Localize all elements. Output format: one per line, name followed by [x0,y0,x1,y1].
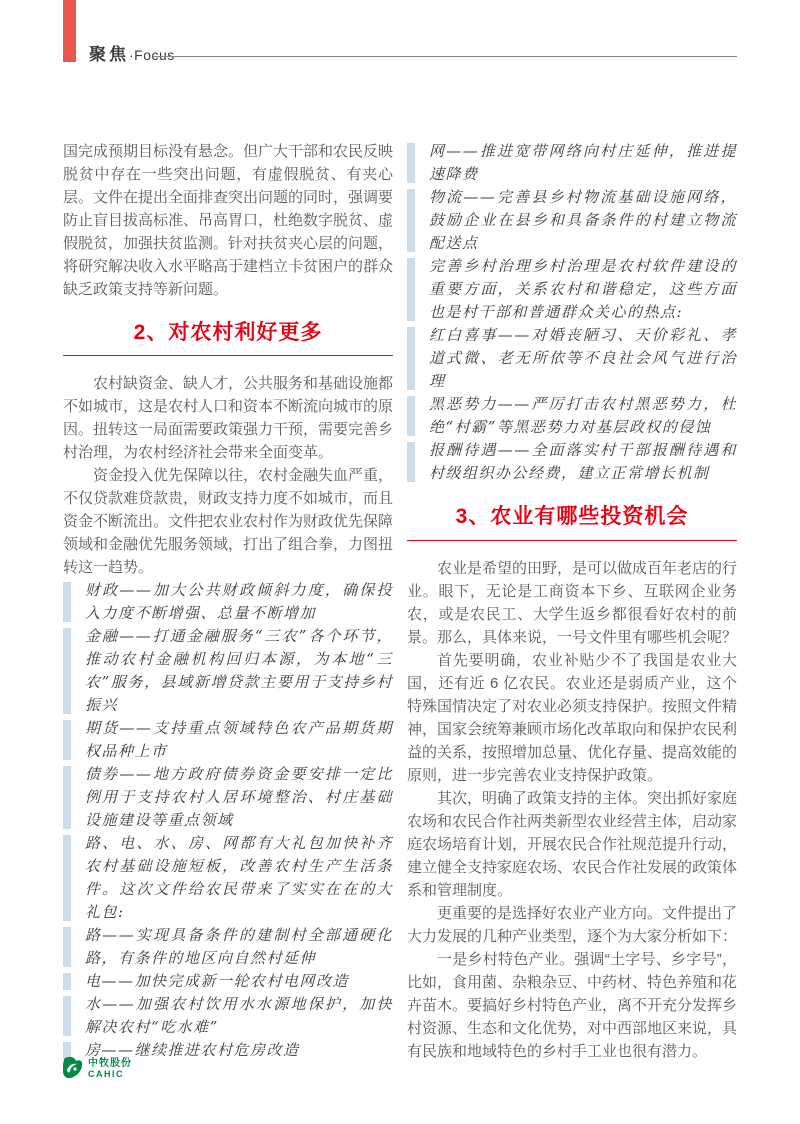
section-3-title: 3、农业有哪些投资机会 [407,503,737,531]
section-2-title: 2、对农村利好更多 [63,319,393,347]
paragraph: 一是乡村特色产业。强调“土字号、乡字号”，比如，食用菌、杂粮杂豆、中药材、特色养… [407,948,737,1063]
paragraph: 资金投入优先保障以往，农村金融失血严重，不仅贷款难贷款贵，财政支持力度不如城市，… [63,464,393,579]
bullet-bar [63,835,71,921]
header-rule [153,56,737,57]
list-item-text: 债券——地方政府债券资金要安排一定比例用于支持农村人居环境整治、村庄基础设施建设… [71,763,393,832]
paragraph: 农业是希望的田野，是可以做成百年老店的行业。眼下，无论是工商资本下乡、互联网企业… [407,557,737,649]
publisher-logo: 中牧股份 CAHIC [62,1056,132,1080]
bullet-bar [407,442,415,482]
list-item-text: 电——加快完成新一轮农村电网改造 [71,970,393,993]
list-item-text: 红白喜事——对婚丧陋习、天价彩礼、孝道式微、老无所依等不良社会风气进行治理 [415,324,737,393]
list-item: 期货——支持重点领域特色农产品期货期权品种上市 [63,717,393,763]
list-item: 路——实现具备条件的建制村全部通硬化路，有条件的地区向自然村延伸 [63,924,393,970]
bullet-bar [63,996,71,1036]
list-item: 完善乡村治理乡村治理是农村软件建设的重要方面，关系农村和谐稳定，这些方面也是村干… [407,255,737,324]
bullet-bar [407,258,415,321]
list-item-text: 网——推进宽带网络向村庄延伸，推进提速降费 [415,140,737,186]
bullet-bar [63,628,71,714]
list-item-text: 物流——完善县乡村物流基础设施网络，鼓励企业在县乡和具备条件的村建立物流配送点 [415,186,737,255]
section-3-rule [407,540,737,541]
bullet-bar [63,720,71,760]
cahic-leaf-icon [62,1056,84,1080]
paragraph: 国完成预期目标没有悬念。但广大干部和农民反映脱贫中存在一些突出问题，有虚假脱贫、… [63,140,393,301]
list-item: 路、电、水、房、网都有大礼包加快补齐农村基础设施短板，改善农村生产生活条件。这次… [63,832,393,924]
bullet-bar [63,582,71,622]
publisher-name-cn: 中牧股份 [88,1058,132,1069]
list-item-text: 黑恶势力——严厉打击农村黑恶势力，杜绝“村霸”等黑恶势力对基层政权的侵蚀 [415,393,737,439]
paragraph: 农村缺资金、缺人才，公共服务和基础设施都不如城市，这是农村人口和资本不断流向城市… [63,372,393,464]
publisher-name-en: CAHIC [88,1069,132,1079]
bullet-bar [407,143,415,183]
list-item-text: 路、电、水、房、网都有大礼包加快补齐农村基础设施短板，改善农村生产生活条件。这次… [71,832,393,924]
publisher-logo-text: 中牧股份 CAHIC [88,1058,132,1079]
bullet-bar [407,396,415,436]
right-column: 网——推进宽带网络向村庄延伸，推进提速降费 物流——完善县乡村物流基础设施网络，… [407,140,737,1063]
bullet-bar [63,766,71,829]
list-item-text: 金融——打通金融服务“三农”各个环节，推动农村金融机构回归本源，为本地“三农”服… [71,625,393,717]
paragraph: 其次，明确了政策支持的主体。突出抓好家庭农场和农民合作社两类新型农业经营主体，启… [407,787,737,902]
list-item: 电——加快完成新一轮农村电网改造 [63,970,393,993]
magazine-page: 聚焦·Focus 国完成预期目标没有悬念。但广大干部和农民反映脱贫中存在一些突出… [0,0,800,1124]
list-item: 债券——地方政府债券资金要安排一定比例用于支持农村人居环境整治、村庄基础设施建设… [63,763,393,832]
list-item-text: 路——实现具备条件的建制村全部通硬化路，有条件的地区向自然村延伸 [71,924,393,970]
list-item: 红白喜事——对婚丧陋习、天价彩礼、孝道式微、老无所依等不良社会风气进行治理 [407,324,737,393]
left-column: 国完成预期目标没有悬念。但广大干部和农民反映脱贫中存在一些突出问题，有虚假脱贫、… [63,140,393,1063]
paragraph: 更重要的是选择好农业产业方向。文件提出了大力发展的几种产业类型，逐个为大家分析如… [407,902,737,948]
list-item-text: 完善乡村治理乡村治理是农村软件建设的重要方面，关系农村和谐稳定，这些方面也是村干… [415,255,737,324]
list-item: 金融——打通金融服务“三农”各个环节，推动农村金融机构回归本源，为本地“三农”服… [63,625,393,717]
bullet-bar [63,927,71,967]
list-item-text: 期货——支持重点领域特色农产品期货期权品种上市 [71,717,393,763]
section-tag: 聚焦·Focus [89,40,175,65]
list-item-text: 财政——加大公共财政倾斜力度，确保投入力度不断增强、总量不断增加 [71,579,393,625]
section-2-rule [63,355,393,356]
list-item-text: 报酬待遇——全面落实村干部报酬待遇和村级组织办公经费，建立正常增长机制 [415,439,737,485]
list-item: 报酬待遇——全面落实村干部报酬待遇和村级组织办公经费，建立正常增长机制 [407,439,737,485]
section-tag-cn: 聚焦 [89,45,129,64]
list-item: 财政——加大公共财政倾斜力度，确保投入力度不断增强、总量不断增加 [63,579,393,625]
list-item: 黑恶势力——严厉打击农村黑恶势力，杜绝“村霸”等黑恶势力对基层政权的侵蚀 [407,393,737,439]
bullet-bar [407,327,415,390]
bullet-bar [63,973,71,990]
two-column-layout: 国完成预期目标没有悬念。但广大干部和农民反映脱贫中存在一些突出问题，有虚假脱贫、… [63,140,737,1063]
list-item: 物流——完善县乡村物流基础设施网络，鼓励企业在县乡和具备条件的村建立物流配送点 [407,186,737,255]
list-item-text: 水——加强农村饮用水水源地保护，加快解决农村“吃水难” [71,993,393,1039]
list-item: 水——加强农村饮用水水源地保护，加快解决农村“吃水难” [63,993,393,1039]
bullet-bar [407,189,415,252]
section-tag-en: ·Focus [129,47,175,63]
list-item: 网——推进宽带网络向村庄延伸，推进提速降费 [407,140,737,186]
paragraph: 首先要明确，农业补贴少不了我国是农业大国，还有近 6 亿农民。农业还是弱质产业，… [407,649,737,787]
header-red-bar [63,0,76,62]
